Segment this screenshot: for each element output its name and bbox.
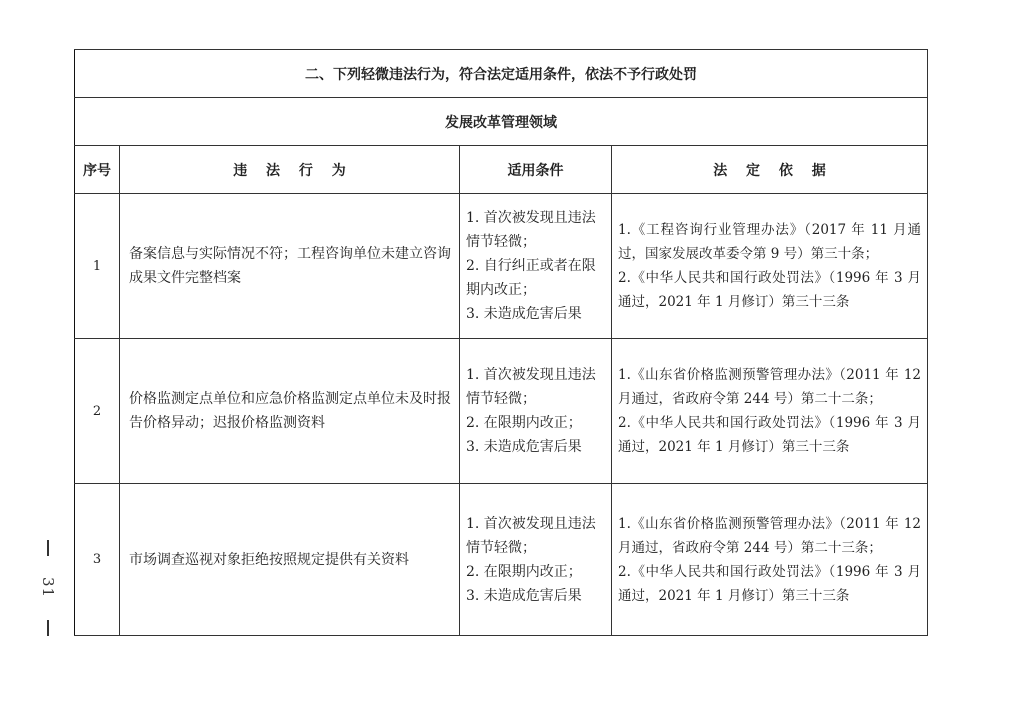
page-number-value: 31: [39, 577, 57, 598]
header-row: 序号 违 法 行 为 适用条件 法 定 依 据: [75, 146, 928, 194]
cond-item: 1. 首次被发现且违法情节轻微；: [466, 512, 607, 560]
cond-item: 2. 在限期内改正；: [466, 560, 607, 584]
row-cond: 1. 首次被发现且违法情节轻微； 2. 在限期内改正； 3. 未造成危害后果: [460, 339, 612, 484]
header-act: 违 法 行 为: [120, 146, 460, 194]
cond-item: 1. 首次被发现且违法情节轻微；: [466, 206, 607, 254]
row-seq: 3: [75, 484, 120, 636]
basis-item: 2.《中华人民共和国行政处罚法》（1996 年 3 月通过，2021 年 1 月…: [618, 560, 921, 608]
cond-item: 3. 未造成危害后果: [466, 302, 607, 326]
row-act: 市场调查巡视对象拒绝按照规定提供有关资料: [120, 484, 460, 636]
cond-item: 2. 自行纠正或者在限期内改正；: [466, 254, 607, 302]
section-title: 发展改革管理领域: [75, 98, 928, 146]
cond-item: 3. 未造成危害后果: [466, 435, 607, 459]
cond-item: 1. 首次被发现且违法情节轻微；: [466, 363, 607, 411]
header-cond: 适用条件: [460, 146, 612, 194]
row-act: 备案信息与实际情况不符；工程咨询单位未建立咨询成果文件完整档案: [120, 194, 460, 339]
table-row: 3 市场调查巡视对象拒绝按照规定提供有关资料 1. 首次被发现且违法情节轻微； …: [75, 484, 928, 636]
row-cond: 1. 首次被发现且违法情节轻微； 2. 自行纠正或者在限期内改正； 3. 未造成…: [460, 194, 612, 339]
row-seq: 1: [75, 194, 120, 339]
basis-item: 1.《山东省价格监测预警管理办法》（2011 年 12 月通过，省政府令第 24…: [618, 363, 921, 411]
table-row: 1 备案信息与实际情况不符；工程咨询单位未建立咨询成果文件完整档案 1. 首次被…: [75, 194, 928, 339]
page-number: 31: [38, 540, 58, 636]
table-row: 2 价格监测定点单位和应急价格监测定点单位未及时报告价格异动；迟报价格监测资料 …: [75, 339, 928, 484]
header-basis: 法 定 依 据: [612, 146, 928, 194]
penalty-exemption-table: 二、下列轻微违法行为，符合法定适用条件，依法不予行政处罚 发展改革管理领域 序号…: [74, 49, 928, 636]
row-act: 价格监测定点单位和应急价格监测定点单位未及时报告价格异动；迟报价格监测资料: [120, 339, 460, 484]
cond-item: 2. 在限期内改正；: [466, 411, 607, 435]
row-cond: 1. 首次被发现且违法情节轻微； 2. 在限期内改正； 3. 未造成危害后果: [460, 484, 612, 636]
header-seq: 序号: [75, 146, 120, 194]
cond-item: 3. 未造成危害后果: [466, 584, 607, 608]
basis-item: 2.《中华人民共和国行政处罚法》（1996 年 3 月通过，2021 年 1 月…: [618, 411, 921, 459]
row-basis: 1.《山东省价格监测预警管理办法》（2011 年 12 月通过，省政府令第 24…: [612, 339, 928, 484]
row-seq: 2: [75, 339, 120, 484]
basis-item: 1.《山东省价格监测预警管理办法》（2011 年 12 月通过，省政府令第 24…: [618, 512, 921, 560]
page-number-dash-bottom: [47, 620, 49, 636]
page-number-dash-top: [47, 540, 49, 556]
basis-item: 2.《中华人民共和国行政处罚法》（1996 年 3 月通过，2021 年 1 月…: [618, 266, 921, 314]
table-title: 二、下列轻微违法行为，符合法定适用条件，依法不予行政处罚: [75, 50, 928, 98]
basis-item: 1.《工程咨询行业管理办法》（2017 年 11 月通过，国家发展改革委令第 9…: [618, 218, 921, 266]
row-basis: 1.《工程咨询行业管理办法》（2017 年 11 月通过，国家发展改革委令第 9…: [612, 194, 928, 339]
row-basis: 1.《山东省价格监测预警管理办法》（2011 年 12 月通过，省政府令第 24…: [612, 484, 928, 636]
